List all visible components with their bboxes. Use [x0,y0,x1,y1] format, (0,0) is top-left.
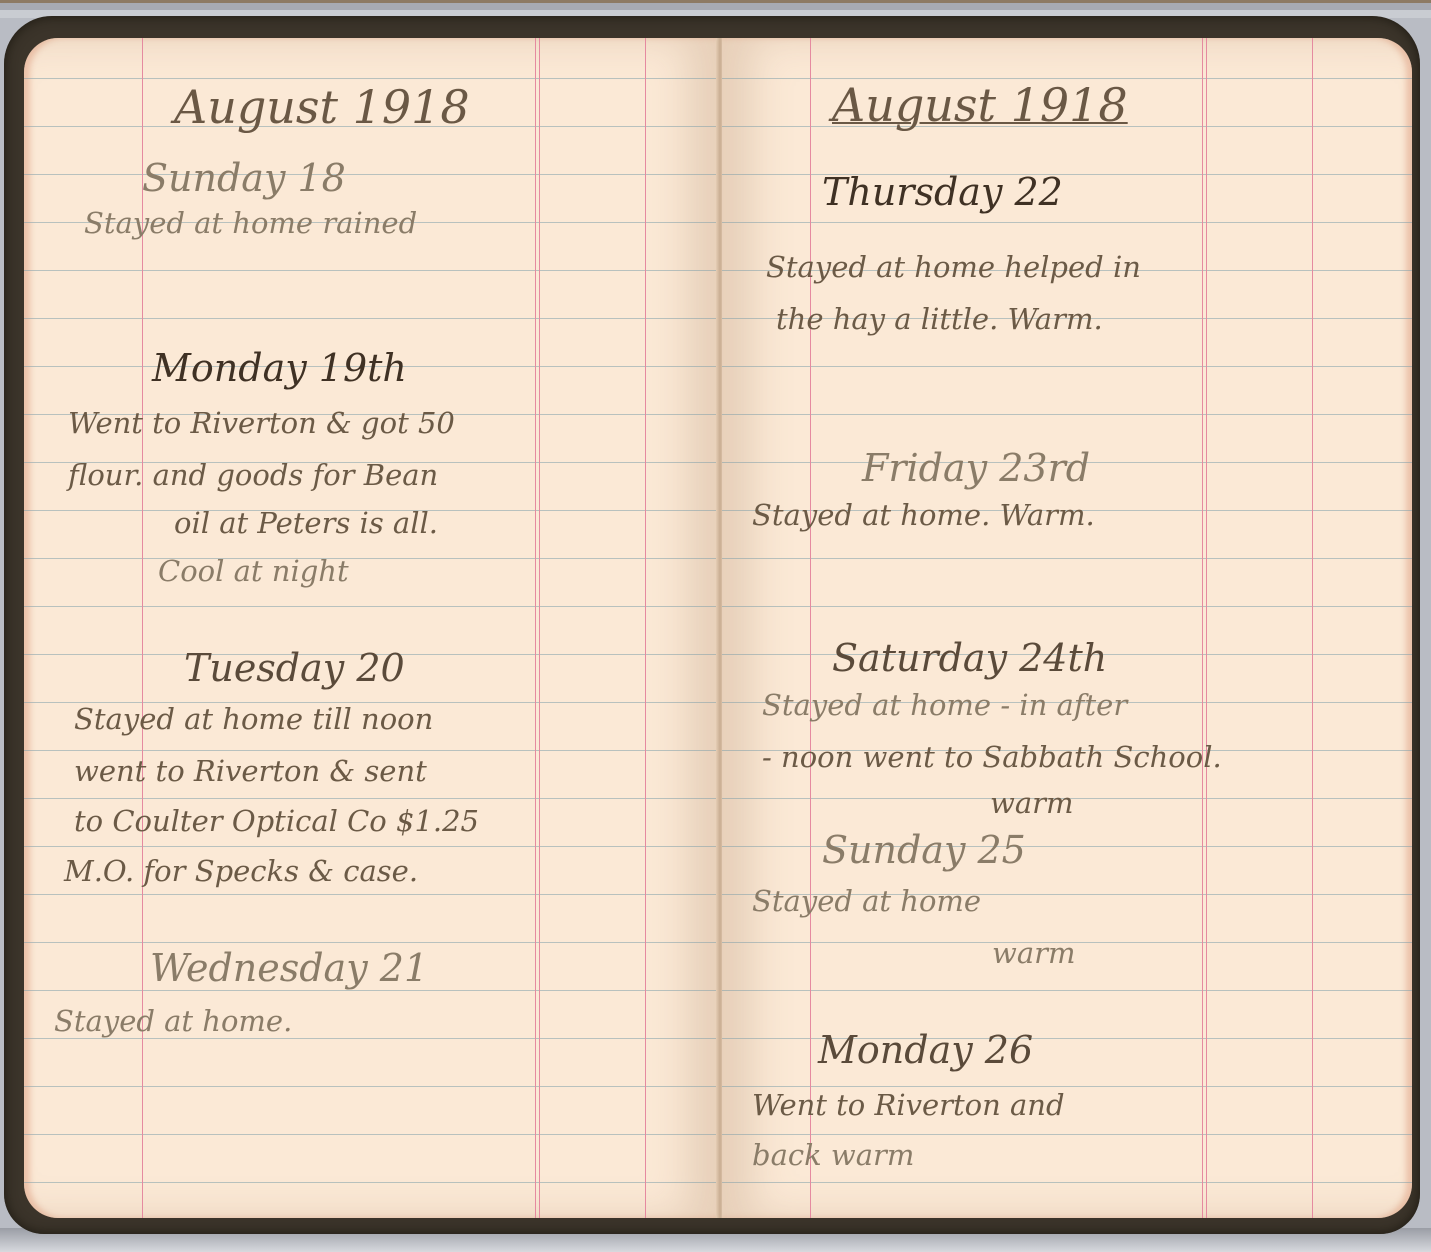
right-page: August 1918 Thursday 22 Stayed at home h… [722,38,1412,1218]
entry-line: warm [990,786,1073,820]
margin-line [535,38,536,1218]
entry-line: Stayed at home till noon [74,702,433,736]
day-heading: Monday 19th [152,346,407,390]
margin-line [1312,38,1313,1218]
day-heading: Sunday 25 [822,828,1026,872]
day-heading: Sunday 18 [142,156,346,200]
entry-line: Went to Riverton & got 50 [68,406,455,440]
entry-line: Stayed at home. Warm. [752,498,1095,532]
day-heading: Monday 26 [818,1028,1033,1072]
entry-line: went to Riverton & sent [74,754,427,788]
day-heading: Tuesday 20 [184,646,405,690]
entry-line: oil at Peters is all. [174,506,438,540]
entry-line: - noon went to Sabbath School. [762,740,1222,774]
day-heading: Wednesday 21 [150,946,428,990]
margin-line [1206,38,1207,1218]
entry-line: warm [992,936,1075,970]
margin-line [810,38,811,1218]
margin-line [645,38,646,1218]
day-heading: Friday 23rd [862,446,1090,490]
entry-line: to Coulter Optical Co $1.25 [74,804,479,838]
month-title: August 1918 [832,78,1128,132]
day-heading: Thursday 22 [822,170,1063,214]
entry-line: Stayed at home [752,884,981,918]
day-heading: Saturday 24th [832,636,1107,680]
entry-line: back warm [752,1138,914,1172]
entry-line: the hay a little. Warm. [776,302,1103,336]
entry-line: Stayed at home rained [84,206,417,240]
left-page: August 1918 Sunday 18 Stayed at home rai… [24,38,718,1218]
entry-line: Went to Riverton and [752,1088,1065,1122]
entry-line: Stayed at home. [54,1004,292,1038]
entry-line: flour. and goods for Bean [68,458,438,492]
entry-line: M.O. for Specks & case. [64,854,418,888]
month-title: August 1918 [174,80,470,134]
entry-line: Stayed at home helped in [766,250,1141,284]
margin-line [539,38,540,1218]
entry-line: Cool at night [158,554,349,588]
entry-line: Stayed at home - in after [762,688,1127,722]
margin-line [1202,38,1203,1218]
